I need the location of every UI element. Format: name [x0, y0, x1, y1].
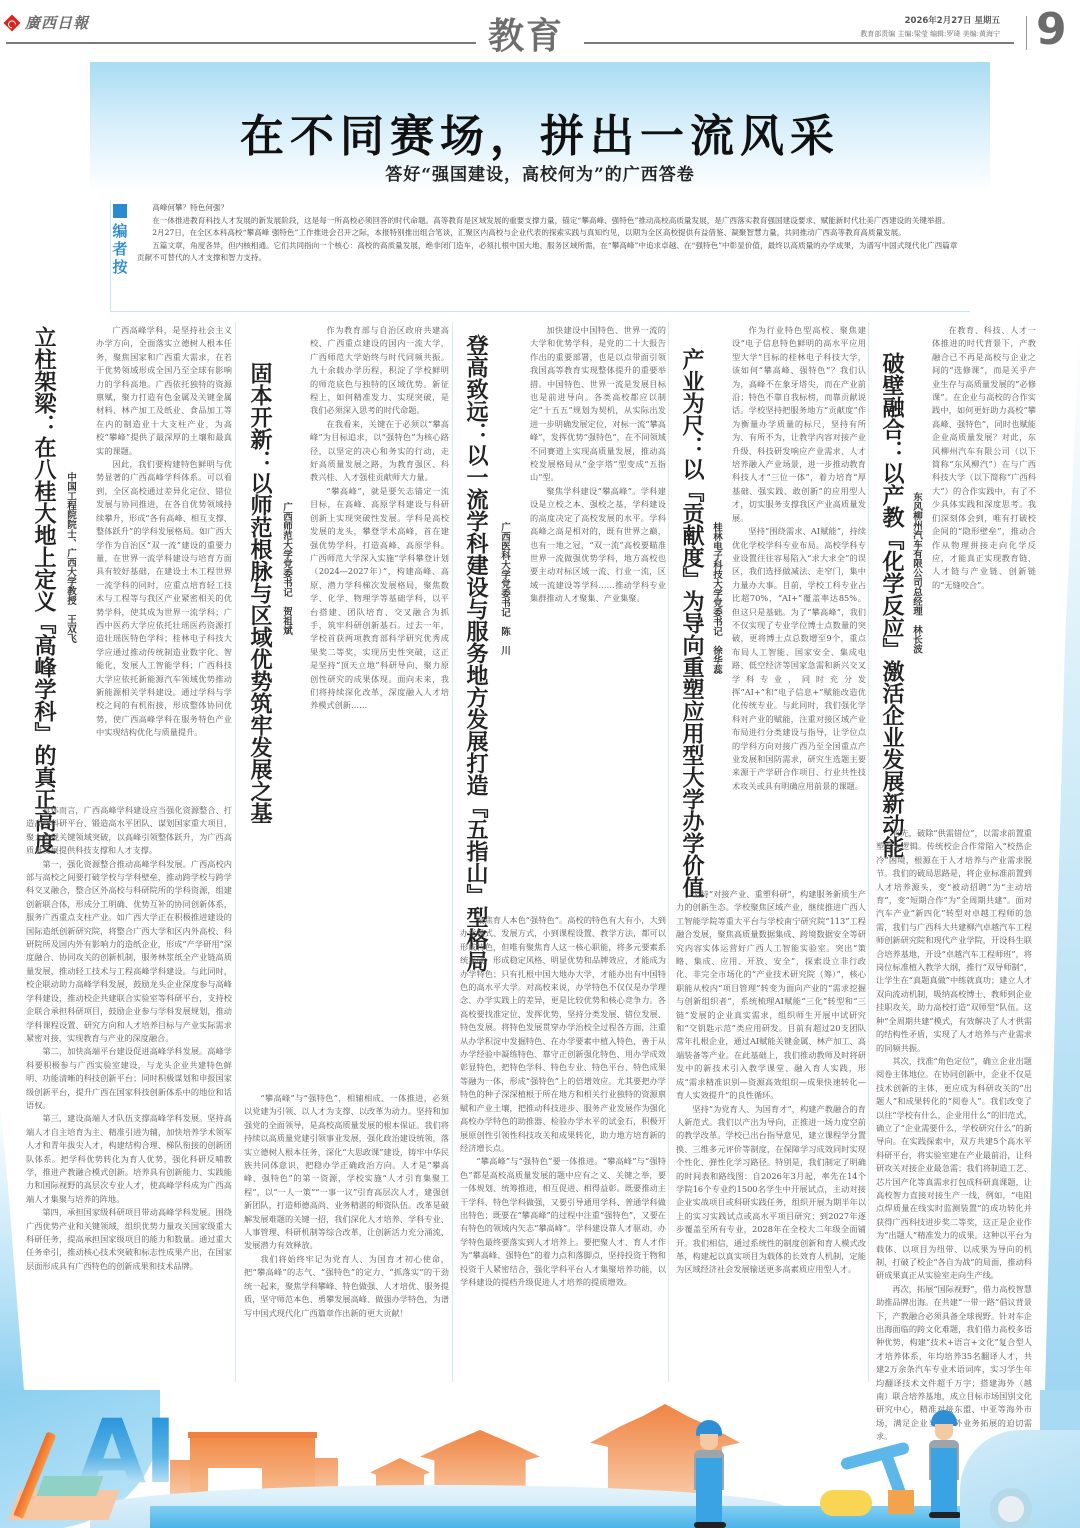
- masthead-divider: [1026, 16, 1027, 50]
- article-paragraph: 在我看来，关键在于必须以“攀高峰”为目标追求，以“强特色”为核心路径，以坚定的决…: [310, 418, 449, 485]
- note-paragraph: 五篇文章，角度各异，但内核相通。它们共同指向一个核心：高校的高质量发展，绝非闭门…: [137, 240, 963, 265]
- article-paragraph: 聚焦学科建设“攀高峰”。学科建设是立校之本、强校之基，学科建设的高度决定了高校发…: [530, 485, 666, 606]
- article-byline: 东风柳州汽车有限公司总经理 林长波: [908, 492, 922, 654]
- editor-note-body: 高峰何攀？特色何强？ 在一体推进教育科技人才发展的新发展阶段，这是每一所高校必须…: [137, 202, 963, 265]
- article-wang-shuangfei: 立柱架梁：在八桂大地上定义『高峰学科』的真正高度 中国工程院院士、广西大学教授 …: [26, 322, 232, 1392]
- logo-diamond-icon: [4, 14, 21, 31]
- article-lin-changbo: 破壁融合：以产教『化学反应』激活企业发展新动能 东风柳州汽车有限公司总经理 林长…: [876, 322, 1036, 1392]
- gas-tank-icon: [820, 1490, 872, 1516]
- section-title: 教育: [488, 8, 564, 59]
- article-paragraph: 聚焦育人本色“强特色”。高校的特色有大有小，大到办学模式、发展方式，小到课程设置…: [460, 914, 666, 1155]
- article-title: 登高致远：以一流学科建设与服务地方发展打造『五指山』型格局: [462, 334, 488, 972]
- article-paragraph: 具体而言，广西高峰学科建设应当强化资源整合、打造高端科研平台、锻造高水平团队、谋…: [26, 804, 232, 858]
- robot-arm-icon: [840, 1441, 911, 1471]
- masthead-rule-right: [584, 42, 1014, 44]
- article-paragraph: 作为教育部与自治区政府共建高校、广西重点建设的国内一流大学，广西师范大学始终与时…: [310, 324, 449, 418]
- article-byline: 桂林电子科技大学党委书记 徐华蕊: [708, 522, 722, 674]
- article-paragraph: 第四，承担国家级科研项目带动高峰学科发展。围绕广西优势产业和关键领域，组织优势力…: [26, 1206, 232, 1273]
- logo-text: 廣西日報: [25, 12, 89, 33]
- bottom-illustration: AI: [0, 1390, 1080, 1528]
- masthead-meta: 2026年2月27日 星期五 教育部责编 主编:梁莹 编辑:罗琦 美编:黄海宁: [860, 14, 1000, 39]
- masthead: 廣西日報 教育 2026年2月27日 星期五 教育部责编 主编:梁莹 编辑:罗琦…: [0, 0, 1080, 60]
- editor-note-tag: 编 者 按: [111, 204, 129, 276]
- page-subheadline: 答好“强国建设，高校何为”的广西答卷: [0, 160, 1080, 185]
- article-xu-huarui: 产业为尺：以『贡献度』为导向重塑应用型大学办学价值 桂林电子科技大学党委书记 徐…: [676, 322, 866, 1392]
- gate-roof-icon: [188, 1432, 317, 1438]
- article-body-upper: 作为行业特色型高校、聚焦建设“电子信息特色鲜明的高水平应用型大学”目标的桂林电子…: [732, 324, 866, 793]
- article-body-upper: 在教育、科技、人才一体推进的时代背景下，产教融合已不再是高校与企业之间的“选修课…: [932, 324, 1036, 592]
- article-paragraph: 坚持“对接产业、重塑科研”，构建服务新质生产力的创新生态。学校聚焦区域产业，继续…: [676, 888, 866, 1103]
- article-body-lower: “攀高峰”与“强特色”，相辅相成、一体推进，必须以党建为引领、以人才为支撑、以改…: [244, 1092, 449, 1320]
- article-body-upper: 广西高峰学科，是坚持社会主义办学方向，全面落实立德树人根本任务，聚焦国家和广西重…: [96, 324, 232, 740]
- column-divider: [668, 322, 669, 1382]
- article-paragraph: 第二，加快高端平台建设促进高峰学科发展。高峰学科要积极参与广西实验室建设，与龙头…: [26, 1045, 232, 1112]
- article-byline: 中国工程院院士、广西大学教授 王双飞: [62, 472, 76, 643]
- article-paragraph: 坚持“为党育人、为国育才”，构建产教融合的育人新范式。我们以产出为导向，正推进一…: [676, 1103, 866, 1277]
- worker-icon: [690, 1420, 728, 1528]
- article-paragraph: 其次，找准“角色定位”，确立企业出题阅卷主体地位。在协同创新中，企业不仅是技术创…: [876, 1055, 1032, 1283]
- article-title: 立柱架梁：在八桂大地上定义『高峰学科』的真正高度: [30, 326, 56, 854]
- column-divider: [452, 322, 453, 1382]
- article-body-lower: 坚持“对接产业、重塑科研”，构建服务新质生产力的创新生态。学校聚焦区域产业，继续…: [676, 888, 866, 1277]
- robot-base-icon: [888, 1490, 914, 1514]
- article-paragraph: 我们将始终牢记为党育人、为国育才初心使命，把“攀高峰”的志气、“强特色”的定力、…: [244, 1253, 449, 1320]
- article-paragraph: 第三，建设高端人才队伍支撑高峰学科发展。坚持高端人才自主培育为主、精准引进为辅，…: [26, 1112, 232, 1206]
- article-byline: 广西医科大学党委书记 陈 川: [496, 522, 510, 655]
- article-paragraph: “攀高峰”与“强特色”要一体推进。“攀高峰”与“强特色”都是高校高质量发展的题中…: [460, 1155, 666, 1289]
- article-paragraph: 因此，我们要构建特色鲜明与优势显著的广西高峰学科体系。可以看到，全区高校通过差异…: [96, 458, 232, 740]
- article-title: 固本开新：以师范根脉与区域优势筑牢发展之基: [246, 362, 272, 824]
- worker-icon: [925, 1410, 963, 1520]
- right-decorative-swoosh: [1030, 322, 1080, 1390]
- article-paragraph: “攀高峰”，就是要矢志锚定一流目标，在高峰、高原学科建设与科研创新上实现突破性发…: [310, 485, 449, 713]
- column-divider: [235, 322, 236, 1382]
- editor-credits: 教育部责编 主编:梁莹 编辑:罗琦 美编:黄海宁: [860, 29, 1000, 39]
- newspaper-logo: 廣西日報: [6, 12, 89, 33]
- article-body-lower: 聚焦育人本色“强特色”。高校的特色有大有小，大到办学模式、发展方式，小到课程设置…: [460, 914, 666, 1289]
- page-number: 9: [1036, 4, 1067, 55]
- note-paragraph: 2月27日，在全区本科高校“攀高峰 强特色”工作推进会召开之际，本报特别推出组合…: [137, 227, 963, 240]
- article-byline: 广西师范大学党委书记 贺祖斌: [278, 502, 292, 635]
- note-tag-char: 编: [112, 222, 127, 240]
- article-paragraph: 作为行业特色型高校、聚焦建设“电子信息特色鲜明的高水平应用型大学”目标的桂林电子…: [732, 324, 866, 525]
- article-body-upper: 作为教育部与自治区政府共建高校、广西重点建设的国内一流大学，广西师范大学始终与时…: [310, 324, 449, 713]
- note-tag-char: 按: [112, 258, 127, 276]
- issue-date: 2026年2月27日 星期五: [860, 14, 1000, 26]
- article-body-lower: 具体而言，广西高峰学科建设应当强化资源整合、打造高端科研平台、锻造高水平团队、谋…: [26, 804, 232, 1273]
- article-paragraph: 在教育、科技、人才一体推进的时代背景下，产教融合已不再是高校与企业之间的“选修课…: [932, 324, 1036, 592]
- note-paragraph: 高峰何攀？特色何强？: [137, 202, 963, 215]
- page-headline: 在不同赛场，拼出一流风采: [0, 100, 1080, 164]
- article-paragraph: 坚持“围绕需求、AI赋能”，持续优化学校学科专业布局。高校学科专业设置往往容易陷…: [732, 525, 866, 793]
- article-paragraph: “攀高峰”与“强特色”，相辅相成、一体推进，必须以党建为引领、以人才为支撑、以改…: [244, 1092, 449, 1253]
- book-icon: [36, 1476, 103, 1496]
- article-he-zubin: 固本开新：以师范根脉与区域优势筑牢发展之基 广西师范大学党委书记 贺祖斌 作为教…: [244, 322, 449, 1392]
- article-paragraph: 广西高峰学科，是坚持社会主义办学方向，全面落实立德树人根本任务，聚焦国家和广西重…: [96, 324, 232, 458]
- article-paragraph: 首先，破除“供需错位”，以需求前置重塑育人逻辑。传统校企合作常陷入“校热企冷”困…: [876, 827, 1032, 1055]
- masthead-rule-left: [6, 42, 476, 44]
- note-paragraph: 在一体推进教育科技人才发展的新发展阶段，这是每一所高校必须回答的时代命题。高等教…: [137, 215, 963, 228]
- note-tag-char: 者: [112, 240, 127, 258]
- article-paragraph: 第一，强化资源整合推动高峰学科发展。广西高校内部与高校之间要打破学校与学科壁垒，…: [26, 858, 232, 1046]
- article-title: 产业为尺：以『贡献度』为导向重塑应用型大学办学价值: [678, 348, 704, 898]
- column-divider: [868, 322, 869, 1382]
- article-title: 破壁融合：以产教『化学反应』激活企业发展新动能: [878, 352, 904, 858]
- article-chen-chuan: 登高致远：以一流学科建设与服务地方发展打造『五指山』型格局 广西医科大学党委书记…: [460, 322, 666, 1392]
- car-wheel-icon: [990, 1488, 1032, 1528]
- article-body-lower: 首先，破除“供需错位”，以需求前置重塑育人逻辑。传统校企合作常陷入“校热企冷”困…: [876, 827, 1032, 1444]
- editor-note: 编 者 按 高峰何攀？特色何强？ 在一体推进教育科技人才发展的新发展阶段，这是每…: [110, 200, 970, 312]
- article-body-upper: 加快建设中国特色、世界一流的大学和优势学科，是党的二十大报告作出的重要部署，也是…: [530, 324, 666, 606]
- note-tag-square-icon: [113, 204, 127, 218]
- article-paragraph: 加快建设中国特色、世界一流的大学和优势学科，是党的二十大报告作出的重要部署，也是…: [530, 324, 666, 485]
